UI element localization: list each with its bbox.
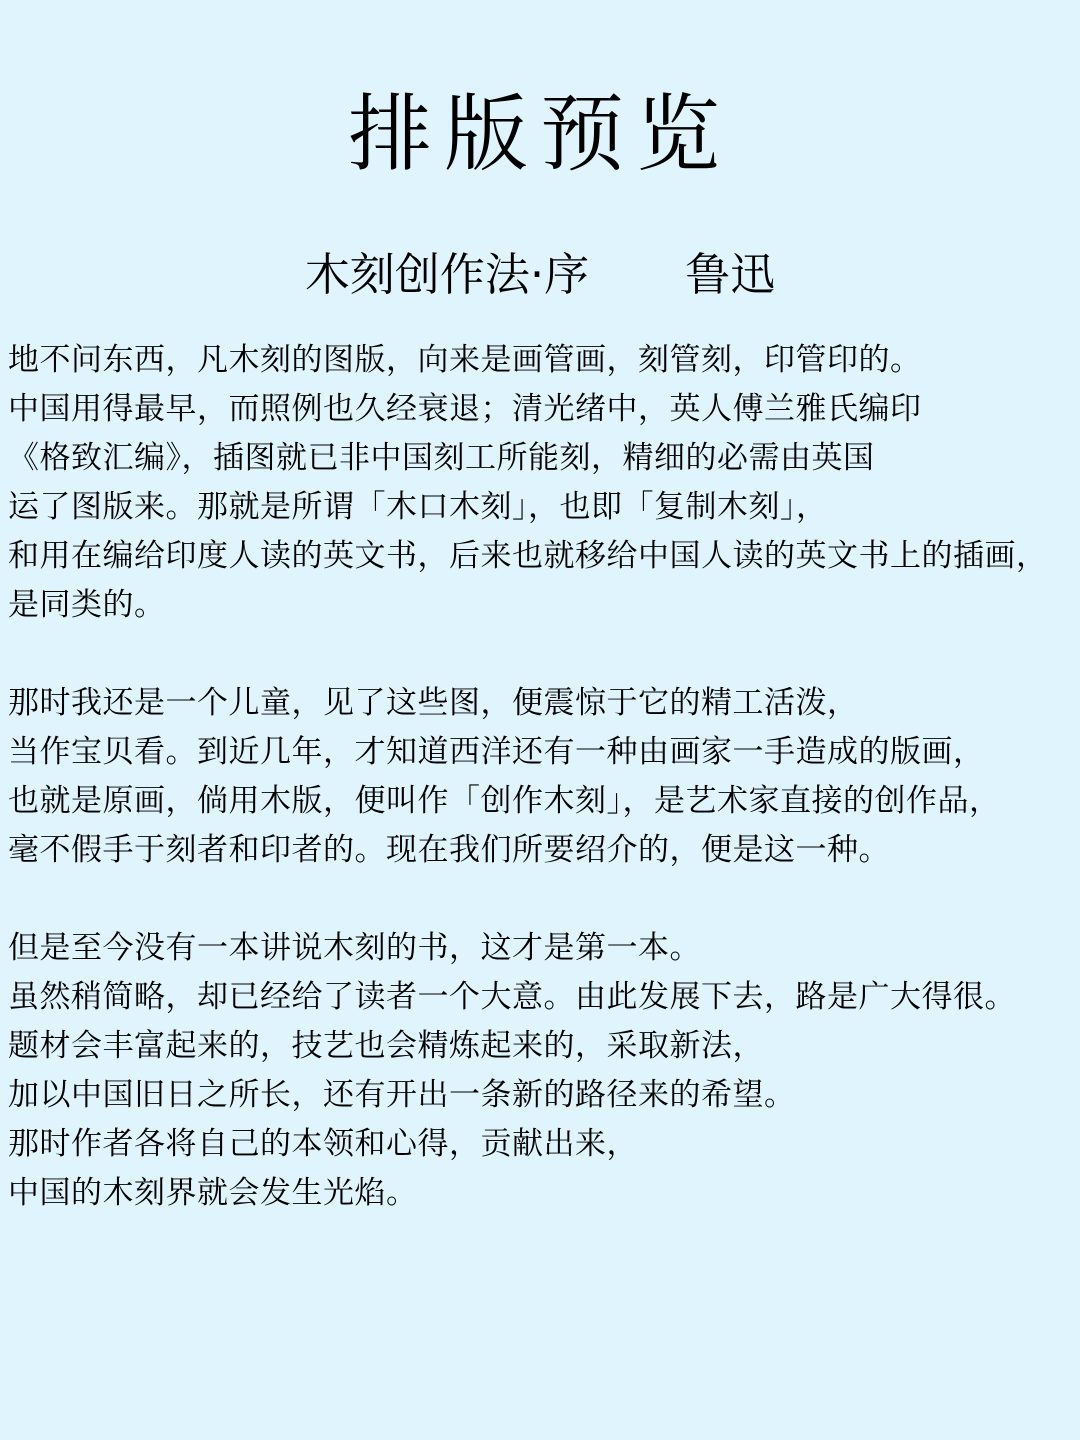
text-line: 也就是原画，倘用木版，便叫作「创作木刻」，是艺术家直接的创作品， [8,777,1072,826]
text-line: 当作宝贝看。到近几年，才知道西洋还有一种由画家一手造成的版画， [8,728,1072,777]
text-line: 但是至今没有一本讲说木刻的书，这才是第一本。 [8,924,1072,973]
text-line: 那时我还是一个儿童，见了这些图，便震惊于它的精工活泼， [8,679,1072,728]
text-line: 和用在编给印度人读的英文书，后来也就移给中国人读的英文书上的插画， [8,532,1072,581]
author-name: 鲁迅 [685,248,775,302]
page-title: 排版预览 [0,0,1080,180]
typeset-preview-page: 排版预览 木刻创作法·序鲁迅 地不问东西，凡木刻的图版，向来是画管画，刻管刻，印… [0,0,1080,1440]
text-line: 虽然稍简略，却已经给了读者一个大意。由此发展下去，路是广大得很。 [8,973,1072,1022]
text-line: 地不问东西，凡木刻的图版，向来是画管画，刻管刻，印管印的。 [8,336,1072,385]
article-body: 地不问东西，凡木刻的图版，向来是画管画，刻管刻，印管印的。 中国用得最早，而照例… [0,302,1080,1218]
article-heading: 木刻创作法·序鲁迅 [0,180,1080,302]
text-line: 题材会丰富起来的，技艺也会精炼起来的，采取新法， [8,1022,1072,1071]
paragraph-3: 但是至今没有一本讲说木刻的书，这才是第一本。 虽然稍简略，却已经给了读者一个大意… [8,924,1072,1218]
paragraph-1: 地不问东西，凡木刻的图版，向来是画管画，刻管刻，印管印的。 中国用得最早，而照例… [8,336,1072,630]
text-line: 是同类的。 [8,581,1072,630]
paragraph-2: 那时我还是一个儿童，见了这些图，便震惊于它的精工活泼， 当作宝贝看。到近几年，才… [8,679,1072,875]
text-line: 加以中国旧日之所长，还有开出一条新的路径来的希望。 [8,1071,1072,1120]
text-line: 那时作者各将自己的本领和心得，贡献出来， [8,1120,1072,1169]
text-line: 运了图版来。那就是所谓「木口木刻」，也即「复制木刻」， [8,483,1072,532]
work-title: 木刻创作法·序 [305,248,589,301]
text-line: 毫不假手于刻者和印者的。现在我们所要绍介的，便是这一种。 [8,826,1072,875]
text-line: 中国的木刻界就会发生光焰。 [8,1169,1072,1218]
text-line: 《格致汇编》，插图就已非中国刻工所能刻，精细的必需由英国 [8,434,1072,483]
text-line: 中国用得最早，而照例也久经衰退；清光绪中，英人傅兰雅氏编印 [8,385,1072,434]
